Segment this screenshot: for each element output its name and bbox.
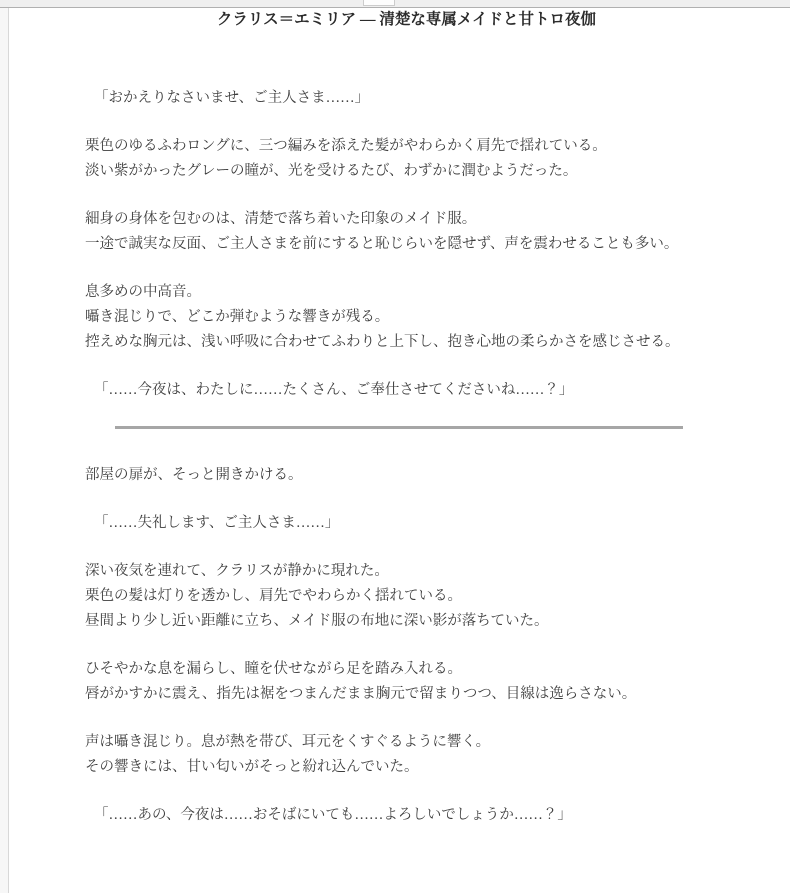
section-divider [115, 426, 683, 429]
window-top-bar [0, 0, 790, 8]
dialogue-paragraph: 「……あの、今夜は……おそばにいても……よろしいでしょうか……？」 [85, 803, 728, 828]
top-edge-tab [363, 0, 395, 6]
narration-paragraph: 細身の身体を包むのは、清楚で落ち着いた印象のメイド服。 一途で誠実な反面、ご主人… [85, 207, 728, 257]
narration-line: 細身の身体を包むのは、清楚で落ち着いた印象のメイド服。 [85, 207, 728, 232]
narration-line: 囁き混じりで、どこか弾むような響きが残る。 [85, 305, 728, 330]
narration-line: 淡い紫がかったグレーの瞳が、光を受けるたび、わずかに潤むようだった。 [85, 159, 728, 184]
document-page: クラリス＝エミリア ― 清楚な専属メイドと甘トロ夜伽 「おかえりなさいませ、ご主… [9, 8, 790, 893]
narration-line: 一途で誠実な反面、ご主人さまを前にすると恥じらいを隠せず、声を震わせることも多い… [85, 232, 728, 257]
narration-line: 昼間より少し近い距離に立ち、メイド服の布地に深い影が落ちていた。 [85, 609, 728, 634]
narration-paragraph: 部屋の扉が、そっと開きかける。 [85, 463, 728, 488]
page-left-gutter [0, 0, 9, 893]
narration-line: 栗色のゆるふわロングに、三つ編みを添えた髪がやわらかく肩先で揺れている。 [85, 134, 728, 159]
dialogue-line: 「……あの、今夜は……おそばにいても……よろしいでしょうか……？」 [85, 803, 728, 828]
dialogue-paragraph: 「……失礼します、ご主人さま……」 [85, 511, 728, 536]
narration-line: 深い夜気を連れて、クラリスが静かに現れた。 [85, 559, 728, 584]
narration-line: ひそやかな息を漏らし、瞳を伏せながら足を踏み入れる。 [85, 657, 728, 682]
narration-line: その響きには、甘い匂いがそっと紛れ込んでいた。 [85, 755, 728, 780]
dialogue-line: 「……今夜は、わたしに……たくさん、ご奉仕させてくださいね……？」 [85, 378, 728, 403]
document-content: クラリス＝エミリア ― 清楚な専属メイドと甘トロ夜伽 「おかえりなさいませ、ご主… [9, 8, 790, 828]
narration-line: 部屋の扉が、そっと開きかける。 [85, 463, 728, 488]
narration-line: 声は囁き混じり。息が熱を帯び、耳元をくすぐるように響く。 [85, 730, 728, 755]
narration-paragraph: 息多めの中高音。 囁き混じりで、どこか弾むような響きが残る。 控えめな胸元は、浅… [85, 280, 728, 355]
narration-line: 栗色の髪は灯りを透かし、肩先でやわらかく揺れている。 [85, 584, 728, 609]
dialogue-paragraph: 「おかえりなさいませ、ご主人さま……」 [85, 86, 728, 111]
narration-paragraph: ひそやかな息を漏らし、瞳を伏せながら足を踏み入れる。 唇がかすかに震え、指先は裾… [85, 657, 728, 707]
narration-line: 控えめな胸元は、浅い呼吸に合わせてふわりと上下し、抱き心地の柔らかさを感じさせる… [85, 330, 728, 355]
narration-paragraph: 声は囁き混じり。息が熱を帯び、耳元をくすぐるように響く。 その響きには、甘い匂い… [85, 730, 728, 780]
dialogue-paragraph: 「……今夜は、わたしに……たくさん、ご奉仕させてくださいね……？」 [85, 378, 728, 403]
narration-paragraph: 栗色のゆるふわロングに、三つ編みを添えた髪がやわらかく肩先で揺れている。 淡い紫… [85, 134, 728, 184]
dialogue-line: 「……失礼します、ご主人さま……」 [85, 511, 728, 536]
narration-paragraph: 深い夜気を連れて、クラリスが静かに現れた。 栗色の髪は灯りを透かし、肩先でやわら… [85, 559, 728, 634]
narration-line: 息多めの中高音。 [85, 280, 728, 305]
page-title: クラリス＝エミリア ― 清楚な専属メイドと甘トロ夜伽 [85, 10, 728, 30]
dialogue-line: 「おかえりなさいませ、ご主人さま……」 [85, 86, 728, 111]
narration-line: 唇がかすかに震え、指先は裾をつまんだまま胸元で留まりつつ、目線は逸らさない。 [85, 682, 728, 707]
